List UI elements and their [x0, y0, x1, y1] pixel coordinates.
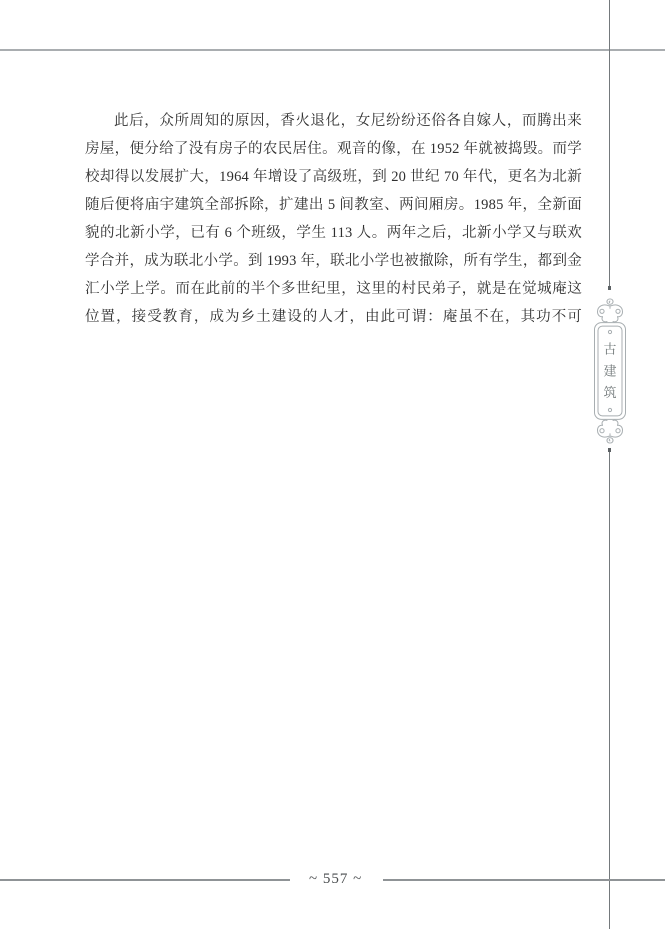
paragraph-line: 汇小学上学。而在此前的半个多世纪里，这里的村民弟子，就是在觉城庵这个	[85, 275, 582, 303]
footer-rule-left	[0, 879, 290, 881]
paragraph-line: 学合并，成为联北小学。到 1993 年，联北小学也被撤除，所有学生，都到金	[85, 247, 582, 275]
tab-char-2: 建	[603, 364, 616, 379]
cloud-ornament-top	[598, 299, 623, 322]
paragraph-line: 校却得以发展扩大，1964 年增设了高级班，到 20 世纪 70 年代，更名为北…	[85, 163, 582, 191]
paragraph-line: 房屋，便分给了没有房子的农民居住。观音的像，在 1952 年就被捣毁。而学	[85, 135, 582, 163]
body-paragraph: 此后，众所周知的原因，香火退化，女尼纷纷还俗各自嫁人，而腾出来的 房屋，便分给了…	[85, 107, 582, 331]
tab-char-1: 古	[603, 342, 616, 357]
tab-label: 古 建 筑	[603, 342, 616, 400]
footer-rule-right	[383, 879, 665, 881]
rule-endpoint-dot-top	[608, 286, 611, 290]
top-rule	[0, 49, 665, 51]
page-number: ~ 557 ~	[309, 871, 362, 888]
paragraph-line: 随后便将庙宇建筑全部拆除，扩建出 5 间教室、两间厢房。1985 年，全新面	[85, 191, 582, 219]
paragraph-line: 位置，接受教育，成为乡土建设的人才，由此可谓：庵虽不在，其功不可没。	[85, 303, 582, 331]
footer: ~ 557 ~	[0, 871, 665, 888]
chapter-side-tab: 古 建 筑	[590, 294, 630, 448]
tab-char-3: 筑	[603, 385, 616, 400]
book-page: 古 建 筑 此后，众所周知的原因，香火退化，女尼纷纷还俗各自嫁人，而腾出来的 房…	[0, 0, 665, 929]
paragraph-line: 貌的北新小学，已有 6 个班级，学生 113 人。两年之后，北新小学又与联欢小	[85, 219, 582, 247]
paragraph-line: 此后，众所周知的原因，香火退化，女尼纷纷还俗各自嫁人，而腾出来的	[85, 107, 582, 135]
cloud-ornament-bottom	[598, 420, 623, 443]
right-vertical-rule-bottom	[609, 452, 610, 929]
right-vertical-rule-top	[609, 0, 610, 286]
